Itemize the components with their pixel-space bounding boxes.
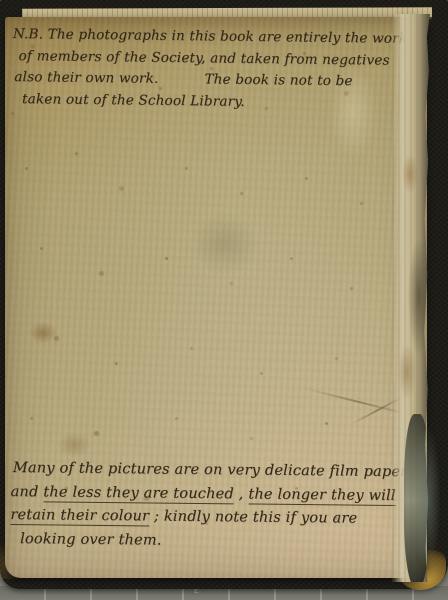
stain — [190, 212, 260, 276]
note-line: taken out of the School Library. — [22, 89, 417, 115]
bottom-handwritten-note: Many of the pictures are on very delicat… — [10, 457, 423, 555]
stain — [398, 344, 416, 400]
note-text-segment: N.B. The photographs in this book are en… — [13, 26, 408, 47]
note-text-segment: looking over them. — [20, 531, 162, 548]
foxing-spots — [5, 17, 8, 20]
note-line: Many of the pictures are on very delicat… — [13, 457, 423, 485]
note-text-segment: the less they are touched — [43, 484, 234, 504]
top-handwritten-note: N.B. The photographs in this book are en… — [12, 24, 418, 115]
note-text-segment: of members of the Society, and taken fro… — [19, 48, 390, 69]
stain — [29, 322, 57, 344]
note-text-segment: and — [11, 483, 44, 499]
grey-smudge-right-edge — [414, 428, 440, 568]
note-text-segment: ; kindly note this if you are — [149, 508, 357, 526]
note-line: retain their colour ; kindly note this i… — [10, 504, 422, 532]
stain — [402, 154, 418, 194]
stain — [57, 432, 91, 458]
note-text-segment: the longer they will — [248, 486, 396, 506]
note-text-segment: taken out of the School Library. — [22, 91, 245, 110]
note-text-segment: , — [234, 486, 249, 502]
note-text-segment: retain their colour — [10, 507, 149, 526]
note-text-segment: The book is not to be — [204, 71, 352, 89]
note-text-segment: also their own work. — [14, 69, 158, 87]
note-text-segment: Many of the pictures are on very delicat… — [13, 460, 415, 480]
note-line: looking over them. — [20, 528, 422, 556]
photo-of-open-book: E N.B. The photographs in this book are … — [0, 0, 448, 600]
book-page: N.B. The photographs in this book are en… — [5, 17, 427, 578]
